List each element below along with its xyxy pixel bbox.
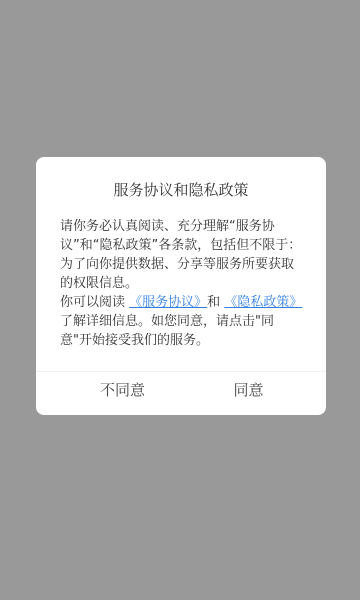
dialog-title: 服务协议和隐私政策 xyxy=(36,179,326,200)
body-paragraph: 请你务必认真阅读、充分理解“服务协议”和“隐私政策”各条款，包括但不限于：为了向… xyxy=(60,219,301,291)
agree-button[interactable]: 同意 xyxy=(176,379,321,400)
service-agreement-link[interactable]: 《服务协议》 xyxy=(129,295,207,310)
dialog-body: 请你务必认真阅读、充分理解“服务协议”和“隐私政策”各条款，包括但不限于：为了向… xyxy=(60,217,305,350)
and-text: 和 xyxy=(207,295,220,310)
read-prefix: 你可以阅读 xyxy=(60,295,125,310)
button-divider xyxy=(36,371,326,372)
privacy-dialog: 服务协议和隐私政策 请你务必认真阅读、充分理解“服务协议”和“隐私政策”各条款，… xyxy=(36,157,326,415)
privacy-policy-link[interactable]: 《隐私政策》 xyxy=(224,295,302,310)
body-suffix: 了解详细信息。如您同意，请点击"同意"开始接受我们的服务。 xyxy=(60,314,274,348)
disagree-button[interactable]: 不同意 xyxy=(50,379,195,400)
